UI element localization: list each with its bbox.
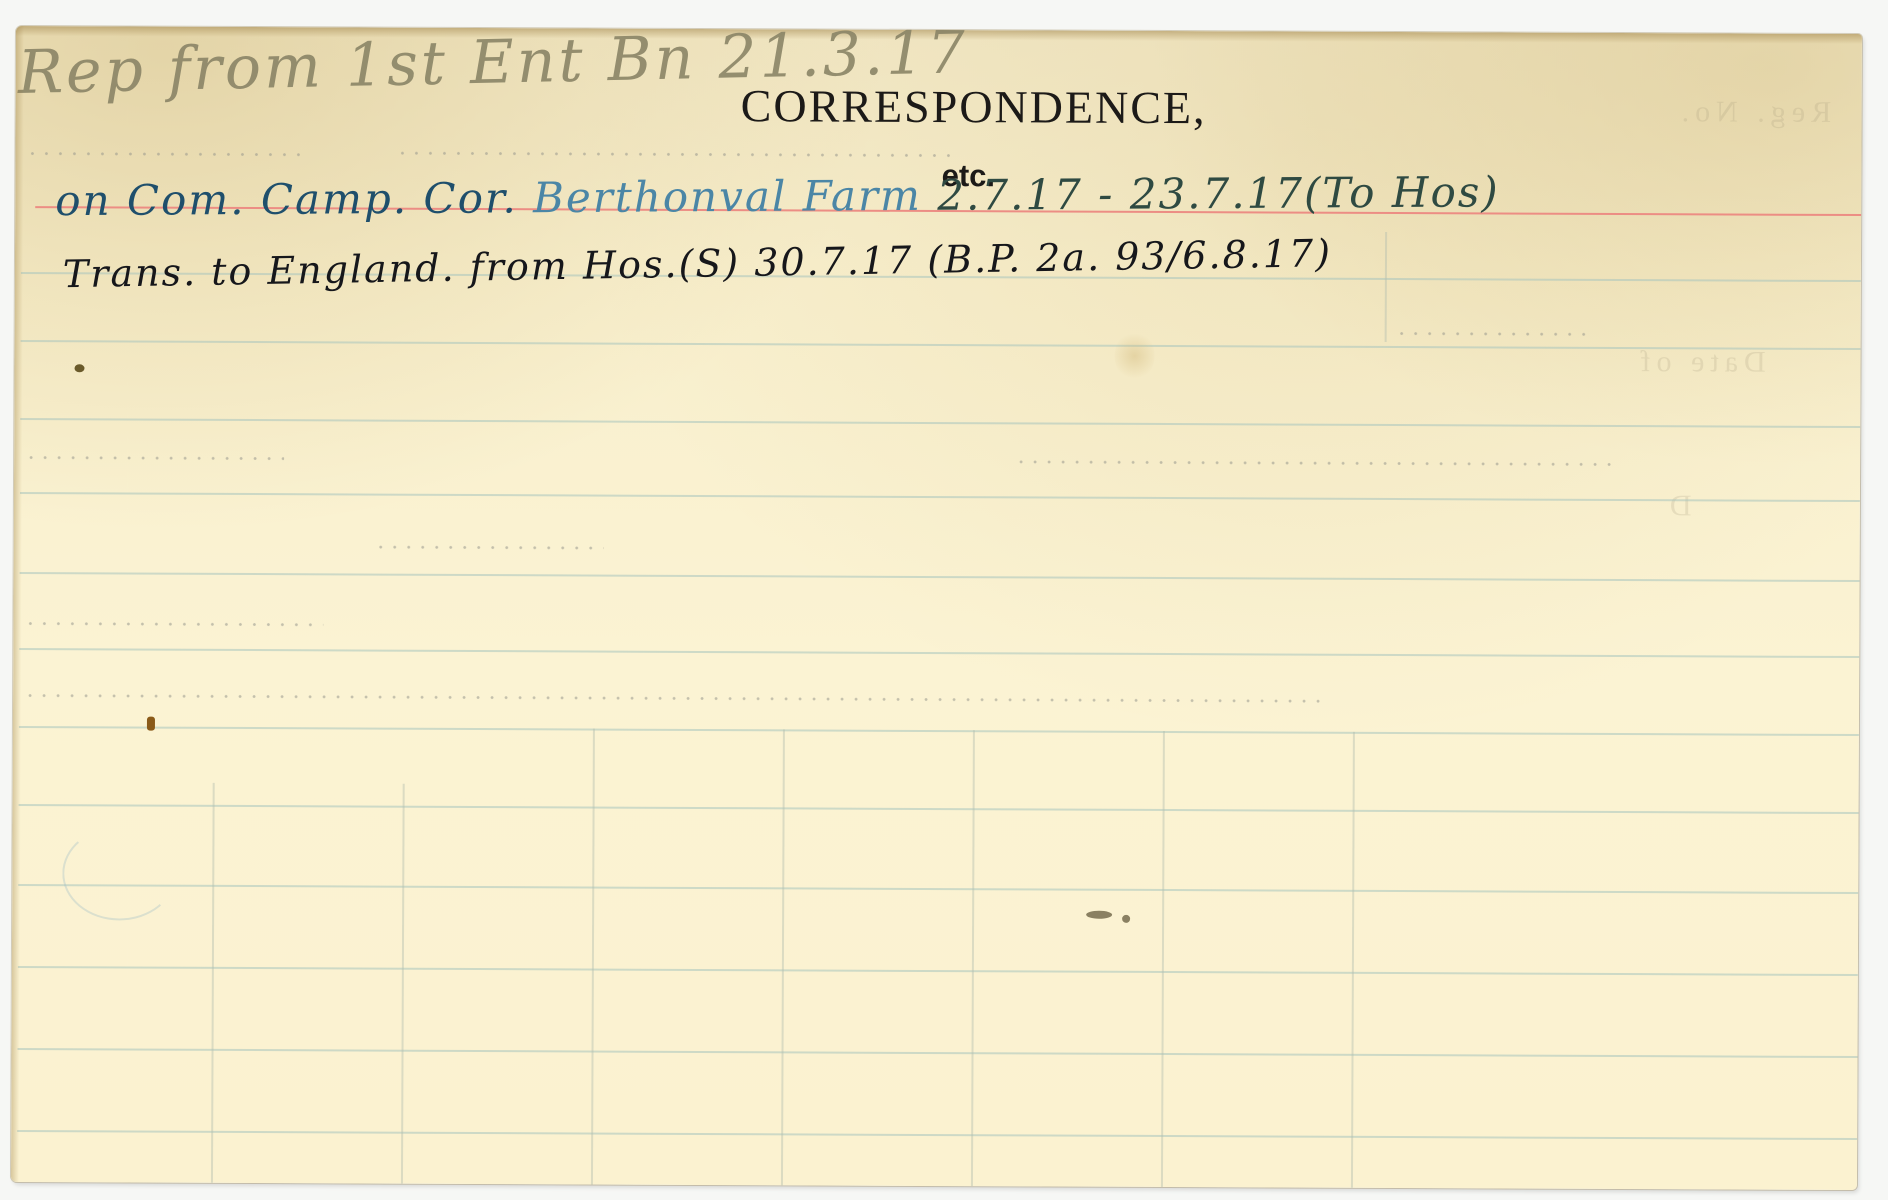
entry-place: Berthonval Farm bbox=[533, 171, 922, 222]
column-divider bbox=[591, 729, 595, 1185]
entry-prefix: on bbox=[55, 176, 112, 225]
column-divider bbox=[971, 730, 975, 1186]
dotted-line bbox=[1014, 460, 1614, 466]
dotted-line bbox=[23, 622, 323, 626]
column-divider bbox=[1161, 731, 1165, 1187]
ruled-line bbox=[18, 1048, 1858, 1058]
record-card: Reg. No. Date of D bbox=[11, 26, 1862, 1190]
ruled-line bbox=[18, 884, 1858, 894]
ruled-line bbox=[17, 1130, 1857, 1140]
scan-background: Reg. No. Date of D bbox=[0, 0, 1888, 1200]
show-through-text: Date of bbox=[1634, 345, 1765, 380]
show-through-text: D bbox=[1664, 489, 1692, 523]
dotted-line bbox=[23, 694, 1323, 703]
handwritten-entry-blue: on Com. Camp. Cor. Berthonval Farm 2.7.1… bbox=[55, 167, 1500, 225]
ruled-line bbox=[20, 572, 1860, 582]
stain-mark bbox=[1114, 331, 1154, 381]
ink-speck bbox=[1086, 911, 1112, 919]
entry-dates: 2.7.17 - 23.7.17 bbox=[937, 169, 1304, 220]
entry-note: (To Hos) bbox=[1304, 167, 1500, 217]
ink-speck bbox=[74, 364, 84, 372]
column-divider bbox=[401, 784, 405, 1184]
ruled-line bbox=[18, 966, 1858, 976]
dotted-line bbox=[24, 456, 284, 460]
ruled-line bbox=[21, 340, 1861, 350]
ruled-line bbox=[20, 418, 1860, 428]
column-divider bbox=[211, 783, 215, 1183]
dotted-line bbox=[374, 546, 604, 550]
ink-speck bbox=[1122, 915, 1130, 923]
column-divider bbox=[1385, 232, 1387, 342]
ruled-line bbox=[20, 492, 1860, 502]
ruled-line bbox=[19, 726, 1859, 736]
column-divider bbox=[781, 729, 785, 1185]
ruled-line bbox=[19, 804, 1859, 814]
faded-stamp-mark bbox=[62, 826, 176, 920]
handwritten-entry-black: Trans. to England. from Hos.(S) 30.7.17 … bbox=[63, 231, 1333, 296]
column-divider bbox=[1351, 732, 1355, 1188]
entry-unit: Com. Camp. Cor. bbox=[127, 173, 518, 224]
dotted-line bbox=[1395, 332, 1595, 336]
rust-speck bbox=[147, 717, 155, 731]
ruled-line bbox=[19, 648, 1859, 658]
